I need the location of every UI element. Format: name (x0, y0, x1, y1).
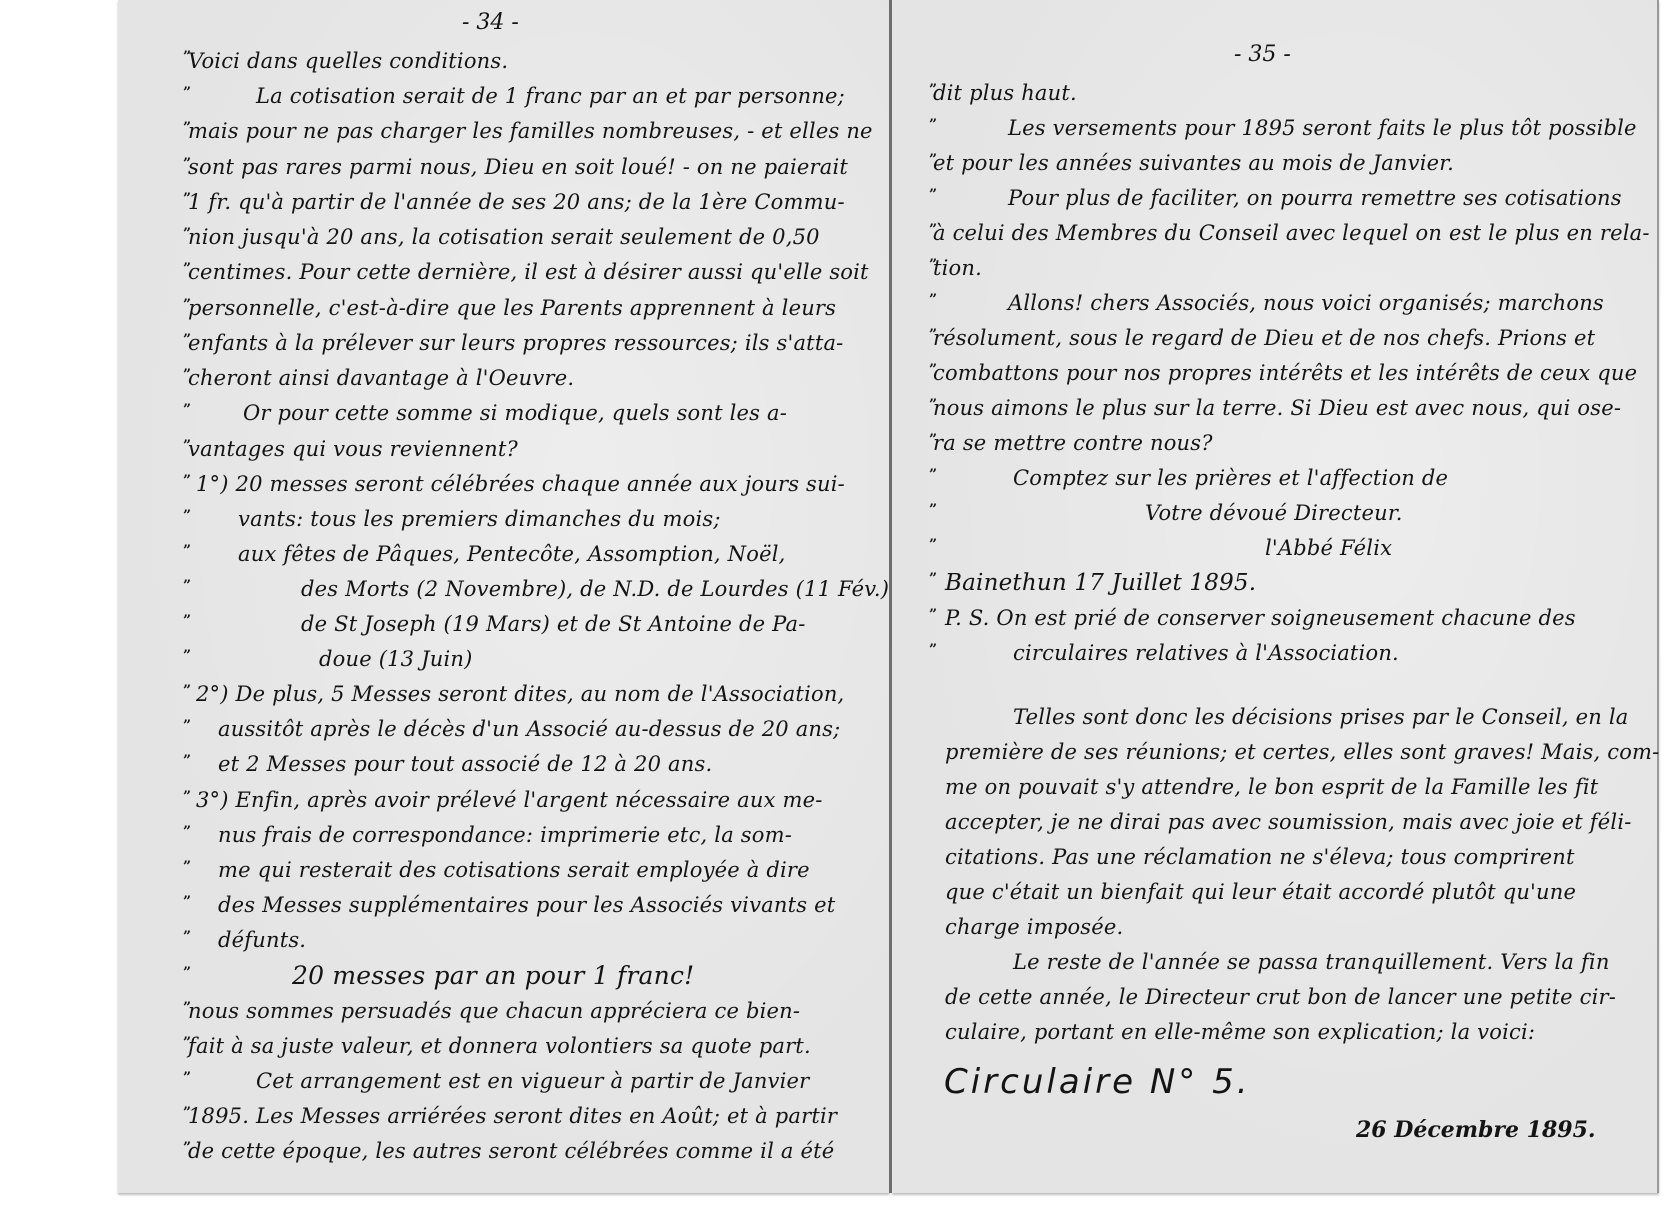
text-line: 1°) 20 messes seront célébrées chaque an… (196, 474, 845, 495)
margin-mark: ” (929, 608, 937, 622)
text-line: personnelle, c'est-à-dire que les Parent… (188, 298, 836, 319)
margin-mark: ” (183, 298, 191, 312)
margin-mark: ” (929, 293, 937, 307)
text-line: dit plus haut. (933, 83, 1077, 104)
margin-mark: ” (183, 966, 191, 980)
text-line: me qui resterait des cotisations serait … (218, 860, 810, 881)
margin-mark: ” (929, 83, 937, 97)
margin-mark: ” (183, 1071, 191, 1085)
margin-mark: ” (183, 403, 191, 417)
circular-title: Circulaire N° 5. (944, 1062, 1251, 1102)
text-line: ra se mettre contre nous? (933, 433, 1213, 454)
margin-mark: ” (183, 579, 191, 593)
text-line: culaire, portant en elle-même son explic… (945, 1022, 1535, 1043)
text-line: doue (13 Juin) (319, 649, 472, 670)
margin-mark: ” (183, 439, 191, 453)
margin-mark: ” (183, 262, 191, 276)
text-line: de cette époque, les autres seront céléb… (188, 1141, 834, 1162)
place-date: Bainethun 17 Juillet 1895. (945, 572, 1256, 595)
margin-mark: ” (183, 790, 191, 804)
margin-mark: ” (929, 363, 937, 377)
margin-mark: ” (183, 474, 191, 488)
text-line: 2°) De plus, 5 Messes seront dites, au n… (196, 684, 844, 705)
right-page (892, 0, 1659, 1193)
margin-mark: ” (929, 188, 937, 202)
margin-mark: ” (183, 544, 191, 558)
text-line: aux fêtes de Pâques, Pentecôte, Assompti… (238, 544, 786, 565)
text-line: 1 fr. qu'à partir de l'année de ses 20 a… (188, 192, 845, 213)
margin-mark: ” (929, 503, 937, 517)
margin-mark: ” (183, 1036, 191, 1050)
margin-mark: ” (183, 227, 191, 241)
text-line: nous sommes persuadés que chacun appréci… (188, 1001, 800, 1022)
text-line: Pour plus de faciliter, on pourra remett… (1008, 188, 1622, 209)
text-line: Telles sont donc les décisions prises pa… (1013, 707, 1629, 728)
text-line: accepter, je ne dirai pas avec soumissio… (945, 812, 1632, 833)
postscript-line: circulaires relatives à l'Association. (1013, 643, 1399, 664)
text-line: Allons! chers Associés, nous voici organ… (1008, 293, 1604, 314)
margin-mark: ” (183, 930, 191, 944)
text-line: Les versements pour 1895 seront faits le… (1008, 118, 1637, 139)
signature-line: Votre dévoué Directeur. (1145, 503, 1403, 524)
text-line: nion jusqu'à 20 ans, la cotisation serai… (188, 227, 820, 248)
margin-mark: ” (183, 86, 191, 100)
text-line: nous aimons le plus sur la terre. Si Die… (933, 398, 1621, 419)
margin-mark: ” (183, 157, 191, 171)
text-line: de St Joseph (19 Mars) et de St Antoine … (301, 614, 806, 635)
margin-mark: ” (929, 572, 937, 586)
margin-mark: ” (183, 192, 191, 206)
text-line: 3°) Enfin, après avoir prélevé l'argent … (196, 790, 823, 811)
text-line: cheront ainsi davantage à l'Oeuvre. (188, 368, 574, 389)
margin-mark: ” (183, 895, 191, 909)
text-line: résolument, sous le regard de Dieu et de… (933, 328, 1595, 349)
text-line: charge imposée. (945, 917, 1123, 938)
margin-mark: ” (183, 860, 191, 874)
margin-mark: ” (183, 368, 191, 382)
page-number-right: - 35 - (1234, 42, 1291, 67)
text-line: que c'était un bienfait qui leur était a… (945, 882, 1576, 903)
text-line: citations. Pas une réclamation ne s'élev… (945, 847, 1575, 868)
text-line: 1895. Les Messes arriérées seront dites … (188, 1106, 837, 1127)
margin-mark: ” (929, 328, 937, 342)
margin-mark: ” (183, 1141, 191, 1155)
page-number-left: - 34 - (462, 10, 519, 35)
text-line: de cette année, le Directeur crut bon de… (945, 987, 1616, 1008)
signature-name: l'Abbé Félix (1265, 538, 1392, 559)
text-line: me on pouvait s'y attendre, le bon espri… (945, 777, 1598, 798)
text-line: et 2 Messes pour tout associé de 12 à 20… (218, 754, 712, 775)
margin-mark: ” (183, 614, 191, 628)
margin-mark: ” (929, 538, 937, 552)
text-line: nus frais de correspondance: imprimerie … (218, 825, 792, 846)
margin-mark: ” (183, 333, 191, 347)
margin-mark: ” (183, 509, 191, 523)
postscript-line: P. S. On est prié de conserver soigneuse… (945, 608, 1576, 629)
text-line: La cotisation serait de 1 franc par an e… (256, 86, 845, 107)
margin-mark: ” (183, 649, 191, 663)
margin-mark: ” (929, 398, 937, 412)
margin-mark: ” (929, 153, 937, 167)
text-line: des Morts (2 Novembre), de N.D. de Lourd… (301, 579, 889, 600)
text-line: à celui des Membres du Conseil avec lequ… (933, 223, 1650, 244)
text-line: Comptez sur les prières et l'affection d… (1013, 468, 1448, 489)
margin-mark: ” (929, 258, 937, 272)
text-line: centimes. Pour cette dernière, il est à … (188, 262, 869, 283)
text-line: combattons pour nos propres intérêts et … (933, 363, 1637, 384)
text-line: tion. (933, 258, 982, 279)
text-line: Or pour cette somme si modique, quels so… (243, 403, 787, 424)
margin-mark: ” (183, 825, 191, 839)
text-line: enfants à la prélever sur leurs propres … (188, 333, 843, 354)
text-line: vantages qui vous reviennent? (188, 439, 518, 460)
margin-mark: ” (929, 468, 937, 482)
text-line: fait à sa juste valeur, et donnera volon… (188, 1036, 811, 1057)
margin-mark: ” (183, 684, 191, 698)
text-line: aussitôt après le décès d'un Associé au-… (218, 719, 840, 740)
margin-mark: ” (183, 719, 191, 733)
margin-mark: ” (929, 223, 937, 237)
circular-date: 26 Décembre 1895. (1356, 1117, 1596, 1143)
text-line: sont pas rares parmi nous, Dieu en soit … (188, 157, 848, 178)
margin-mark: ” (183, 1106, 191, 1120)
margin-mark: ” (929, 433, 937, 447)
text-line: défunts. (218, 930, 306, 951)
text-line: Le reste de l'année se passa tranquillem… (1013, 952, 1610, 973)
margin-mark: ” (183, 50, 191, 64)
highlight-line: 20 messes par an pour 1 franc! (292, 963, 694, 988)
book-gutter (889, 0, 892, 1193)
text-line: et pour les années suivantes au mois de … (933, 153, 1454, 174)
margin-mark: ” (929, 643, 937, 657)
margin-mark: ” (183, 754, 191, 768)
text-line: des Messes supplémentaires pour les Asso… (218, 895, 835, 916)
text-line: Voici dans quelles conditions. (188, 51, 508, 72)
margin-mark: ” (929, 118, 937, 132)
margin-mark: ” (183, 1001, 191, 1015)
text-line: Cet arrangement est en vigueur à partir … (256, 1071, 809, 1092)
text-line: première de ses réunions; et certes, ell… (945, 742, 1659, 763)
text-line: mais pour ne pas charger les familles no… (188, 121, 873, 142)
margin-mark: ” (183, 121, 191, 135)
text-line: vants: tous les premiers dimanches du mo… (238, 509, 721, 530)
